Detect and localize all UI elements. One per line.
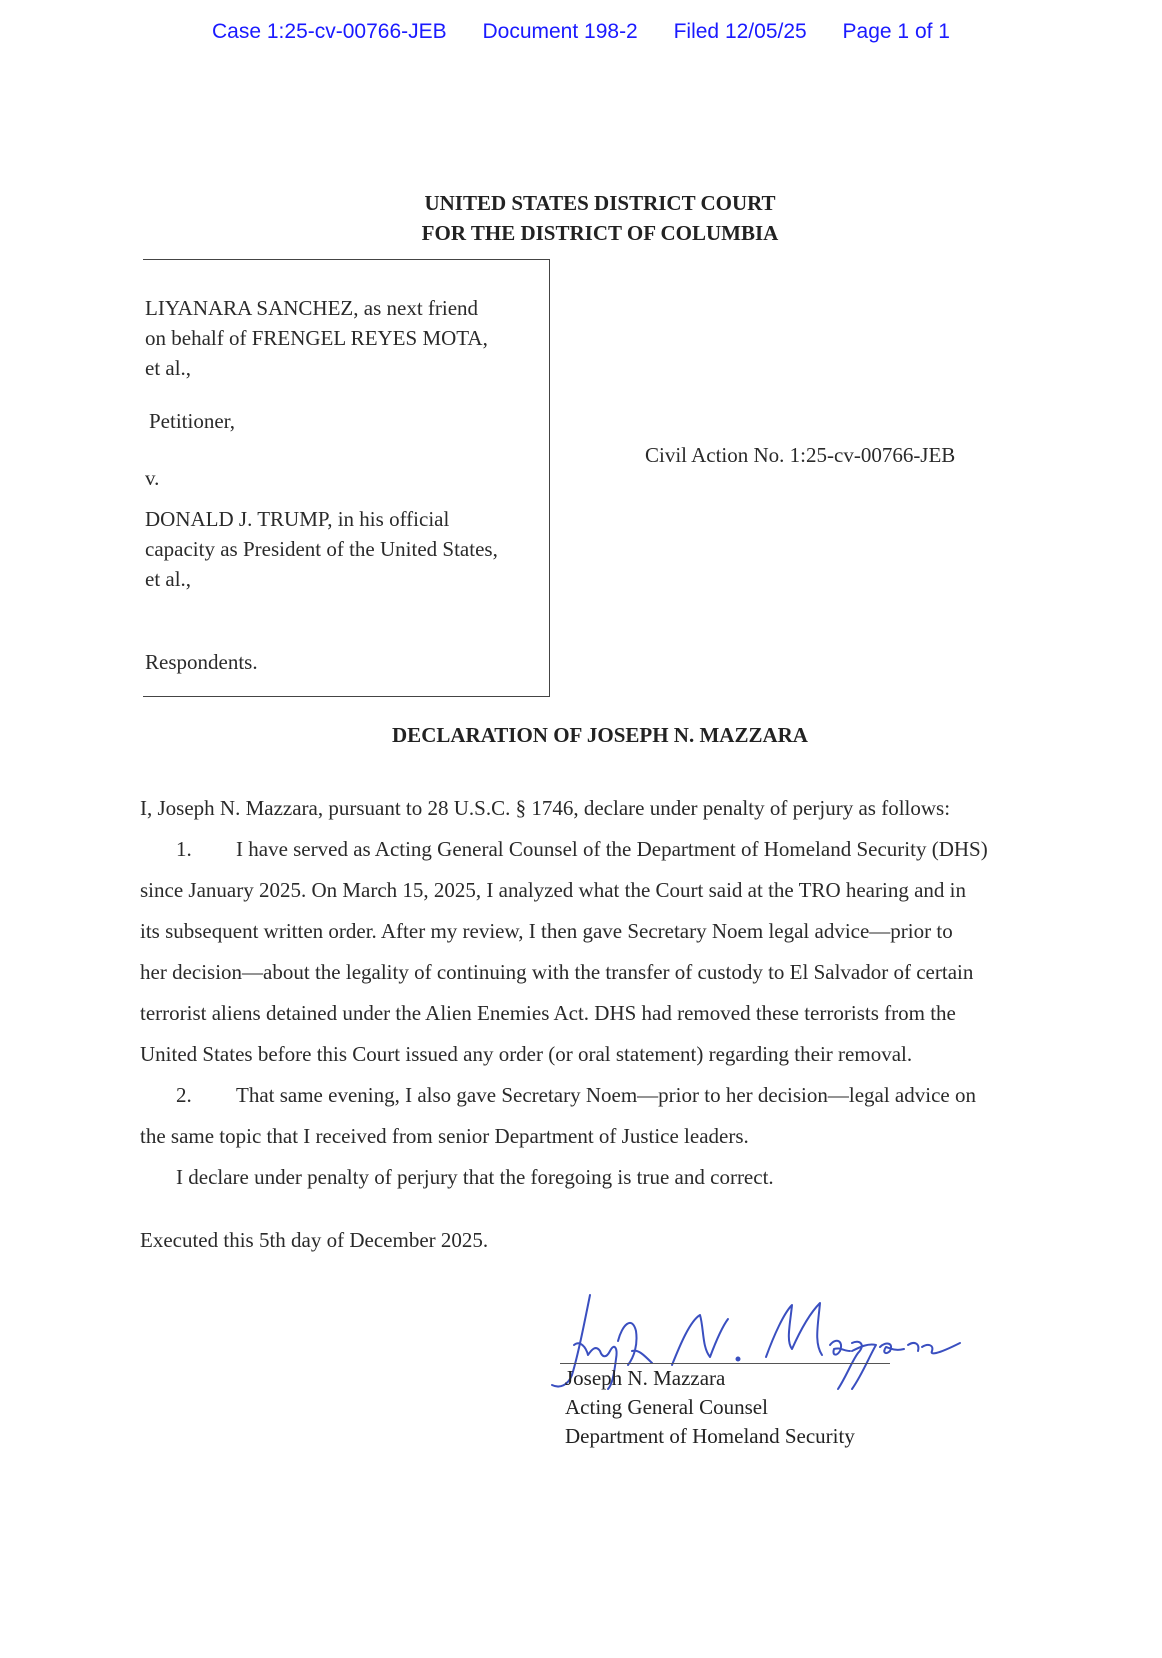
document-number: Document 198-2 (482, 20, 637, 43)
petitioner-name: LIYANARA SANCHEZ, as next friend on beha… (145, 293, 488, 383)
filed-date: Filed 12/05/25 (674, 20, 807, 43)
declaration-title: DECLARATION OF JOSEPH N. MAZZARA (0, 723, 1162, 748)
signer-name: Joseph N. Mazzara (565, 1364, 725, 1393)
page-indicator: Page 1 of 1 (843, 20, 950, 43)
signer-title: Acting General Counsel (565, 1393, 768, 1422)
civil-action-number: Civil Action No. 1:25-cv-00766-JEB (645, 443, 955, 468)
paragraph-line: terrorist aliens detained under the Alie… (140, 993, 1062, 1034)
court-district: FOR THE DISTRICT OF COLUMBIA (0, 218, 1162, 248)
declaration-body: I, Joseph N. Mazzara, pursuant to 28 U.S… (140, 788, 1062, 1261)
ecf-header: Case 1:25-cv-00766-JEB Document 198-2 Fi… (0, 20, 1162, 44)
paragraph-number: 2. (176, 1075, 236, 1116)
paragraph-line: the same topic that I received from seni… (140, 1116, 1062, 1157)
paragraph-line: United States before this Court issued a… (140, 1034, 1062, 1075)
signer-department: Department of Homeland Security (565, 1422, 855, 1451)
case-number: Case 1:25-cv-00766-JEB (212, 20, 447, 43)
respondent-label: Respondents. (145, 647, 258, 677)
paragraph-1-first-line: 1.I have served as Acting General Counse… (140, 829, 1062, 870)
respondent-name: DONALD J. TRUMP, in his official capacit… (145, 504, 498, 594)
court-heading: UNITED STATES DISTRICT COURT FOR THE DIS… (0, 188, 1162, 248)
paragraph-number: 1. (176, 829, 236, 870)
versus: v. (145, 463, 159, 493)
paragraph-line: her decision—about the legality of conti… (140, 952, 1062, 993)
paragraph-line: its subsequent written order. After my r… (140, 911, 1062, 952)
paragraph-line: since January 2025. On March 15, 2025, I… (140, 870, 1062, 911)
intro-line: I, Joseph N. Mazzara, pursuant to 28 U.S… (140, 788, 1062, 829)
closing-statement: I declare under penalty of perjury that … (140, 1157, 1062, 1198)
petitioner-label: Petitioner, (149, 406, 235, 436)
court-name: UNITED STATES DISTRICT COURT (0, 188, 1162, 218)
execution-date: Executed this 5th day of December 2025. (140, 1220, 1062, 1261)
paragraph-2-first-line: 2.That same evening, I also gave Secreta… (140, 1075, 1062, 1116)
